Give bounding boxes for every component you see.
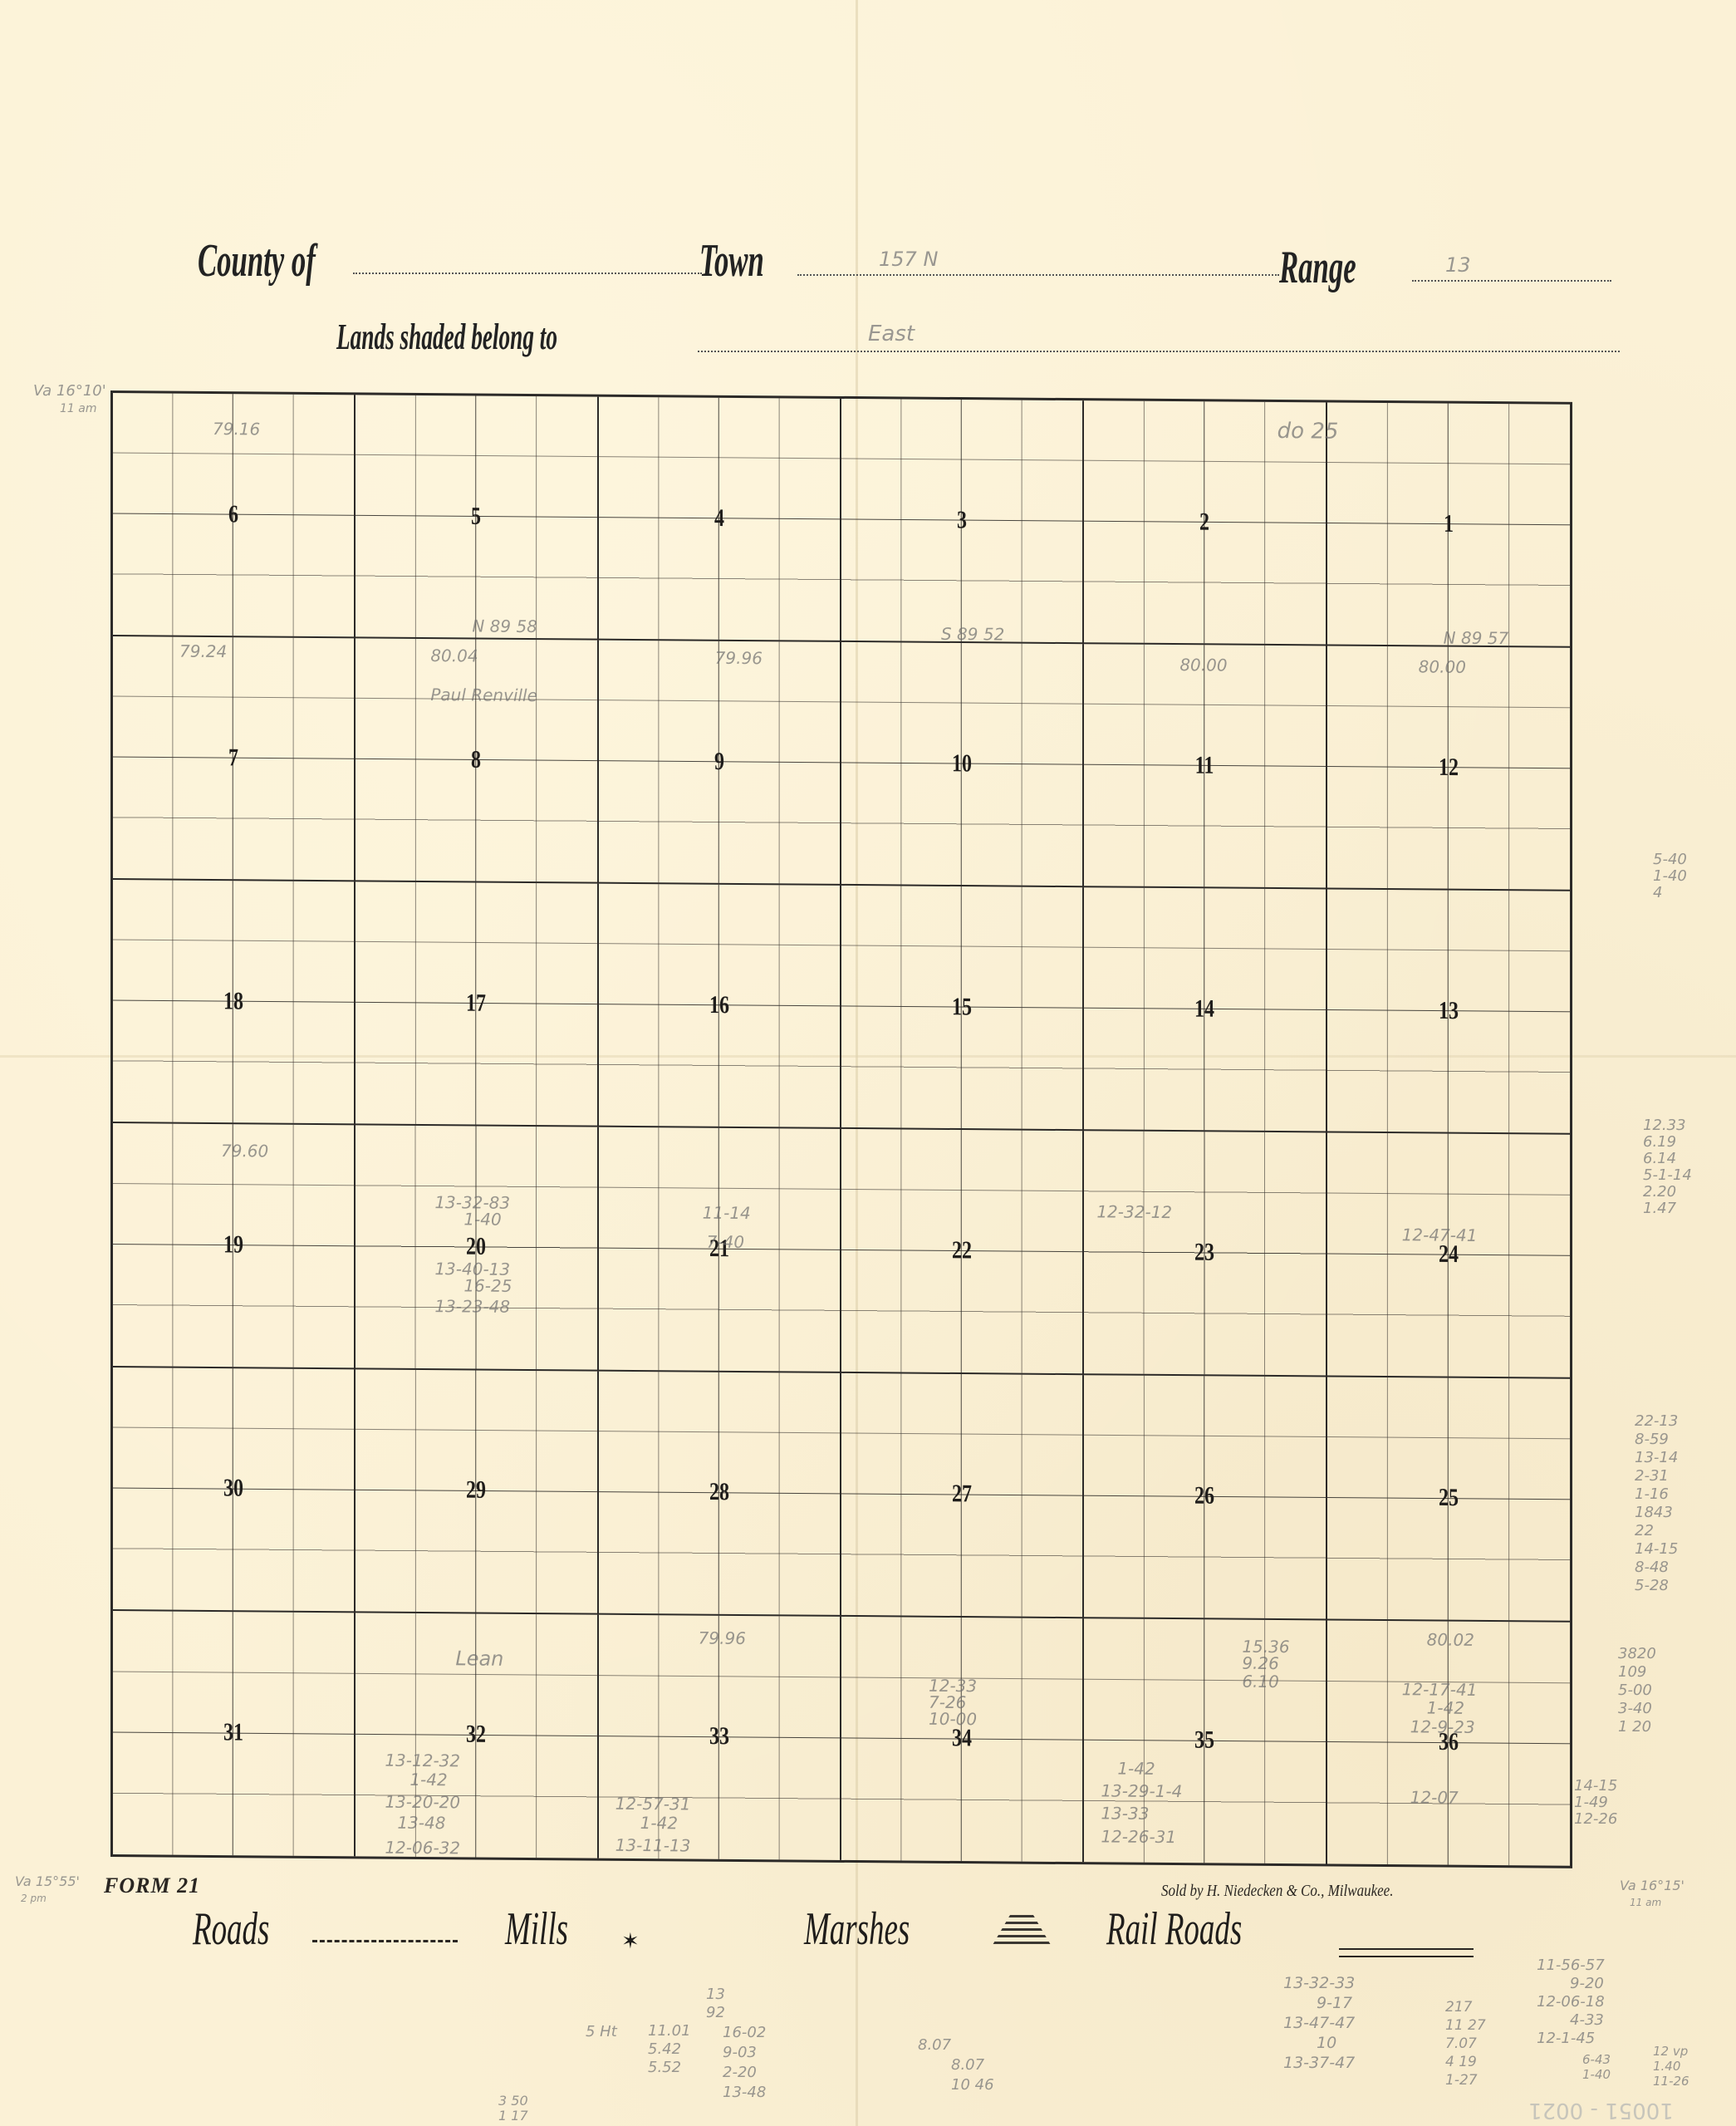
calc-line: 11-56-57 xyxy=(1537,1957,1605,1975)
section-number: 11 xyxy=(1195,751,1214,779)
section-number: 9 xyxy=(714,748,724,776)
calc-line: 13-33 xyxy=(1101,1803,1149,1823)
owner-note: do 25 xyxy=(1277,419,1339,444)
section-35[interactable]: 3515.369.266.101-4213-29-1-413-3312-26-3… xyxy=(1084,1618,1327,1863)
section-6[interactable]: 679.16 xyxy=(113,393,356,638)
calc-line: 13-47-47 xyxy=(1283,2013,1355,2033)
area-note: 79.16 xyxy=(213,419,260,439)
legend-marshes-label: Marshes xyxy=(804,1903,910,1956)
calc-line: 6-43 xyxy=(1582,2052,1611,2067)
calc-line: 5.42 xyxy=(648,2040,725,2059)
calc-line: 12-06-18 xyxy=(1537,1993,1605,2011)
section-13[interactable]: 13 xyxy=(1327,890,1570,1135)
road-symbol-icon xyxy=(312,1940,458,1942)
county-label: County of xyxy=(198,234,316,287)
bottom-calc-7: 12 vp 1.40 11-26 xyxy=(1653,2044,1689,2089)
calc-line: 13-23-48 xyxy=(434,1297,510,1318)
calc-line: 8-59 xyxy=(1635,1431,1678,1449)
section-12[interactable]: 1280.00 xyxy=(1327,646,1570,891)
calc-line: 5-28 xyxy=(1635,1577,1678,1595)
mill-star-icon: ✶ xyxy=(621,1929,640,1954)
calc-line: 1-49 xyxy=(1574,1795,1617,1811)
calc-line: 4-33 xyxy=(1570,2011,1605,2030)
calc-line: 14-15 xyxy=(1635,1540,1678,1559)
section-28[interactable]: 28 xyxy=(599,1371,841,1616)
section-number: 18 xyxy=(223,987,243,1015)
section-number: 5 xyxy=(471,502,481,530)
section-8[interactable]: 880.04Paul Renville xyxy=(356,638,598,883)
calc-line: 1-40 xyxy=(1582,2067,1611,2082)
calc-line: 12-1-45 xyxy=(1537,2030,1605,2048)
calc-line: 11-26 xyxy=(1653,2074,1689,2089)
section-number: 6 xyxy=(228,500,238,528)
section-number: 29 xyxy=(466,1476,486,1505)
section-number: 15 xyxy=(952,993,972,1021)
section-7[interactable]: 779.24 xyxy=(113,636,356,881)
margin-note-bottom-left-time: 2 pm xyxy=(21,1893,47,1904)
calc-line: 3-40 xyxy=(1618,1700,1656,1718)
section-1[interactable]: 1do 25N 89 57 xyxy=(1327,403,1570,648)
calc-line: 14-15 xyxy=(1574,1778,1617,1795)
section-number: 10 xyxy=(952,749,972,778)
county-field[interactable] xyxy=(353,273,702,274)
section-10[interactable]: 10 xyxy=(841,642,1084,887)
section-29[interactable]: 29 xyxy=(356,1369,598,1614)
right-margin-calc-5: 14-15 1-49 12-26 xyxy=(1574,1778,1617,1828)
section-23[interactable]: 2312-32-12 xyxy=(1084,1132,1327,1377)
calc-line: 217 xyxy=(1445,1998,1486,2016)
area-note: 79.24 xyxy=(179,641,227,661)
right-margin-calc-1: 5-40 1-40 4 xyxy=(1653,852,1687,901)
legend-roads-label: Roads xyxy=(193,1903,269,1956)
calc-line: 13-48 xyxy=(397,1813,445,1833)
calc-line: 11-14 xyxy=(703,1203,751,1223)
calc-line: 12.33 xyxy=(1643,1117,1692,1134)
margin-note-top-left-time: 11 am xyxy=(60,402,96,415)
section-number: 2 xyxy=(1199,508,1209,536)
right-margin-calc-2: 12.33 6.19 6.14 5-1-14 2.20 1.47 xyxy=(1643,1117,1692,1217)
section-5[interactable]: 5N 89 58 xyxy=(356,395,598,640)
section-number: 33 xyxy=(709,1722,729,1750)
calc-line: 8-48 xyxy=(1635,1559,1678,1577)
calc-line: 9-17 xyxy=(1317,1993,1355,2013)
calc-line: 3 50 xyxy=(498,2094,528,2109)
calc-line: 1-16 xyxy=(1635,1485,1678,1504)
section-22[interactable]: 22 xyxy=(841,1129,1084,1374)
section-number: 30 xyxy=(223,1475,243,1503)
calc-line: 12-32-12 xyxy=(1096,1202,1172,1223)
section-number: 4 xyxy=(714,504,724,533)
calc-line: 13-12-32 xyxy=(385,1750,460,1770)
section-11[interactable]: 1180.00 xyxy=(1084,644,1327,889)
calc-line: 12-17-41 xyxy=(1402,1679,1478,1700)
calc-line: 12-26-31 xyxy=(1101,1826,1176,1847)
section-number: 20 xyxy=(466,1233,486,1261)
calc-line: 1-42 xyxy=(1427,1697,1464,1717)
calc-line: 22 xyxy=(1635,1522,1678,1540)
section-number: 19 xyxy=(223,1230,243,1259)
calc-line: 13-11-13 xyxy=(615,1835,691,1856)
calc-line: 1843 xyxy=(1635,1504,1678,1522)
range-label: Range xyxy=(1279,241,1356,294)
owner-note: Paul Renville xyxy=(430,685,537,705)
legend-mills-label: Mills xyxy=(505,1903,568,1956)
catalog-stamp: 10051 - 0021 xyxy=(1528,2098,1674,2123)
section-19[interactable]: 1979.60 xyxy=(113,1124,356,1369)
section-number: 13 xyxy=(1439,997,1459,1025)
calc-line: 16-02 xyxy=(723,2023,766,2043)
area-note: 80.02 xyxy=(1427,1629,1474,1649)
calc-line: 22-13 xyxy=(1635,1412,1678,1431)
calc-line: 5-40 xyxy=(1653,852,1687,868)
calc-line: 5-1-14 xyxy=(1643,1167,1692,1184)
calc-line: 12-07 xyxy=(1410,1787,1459,1807)
bearing-note: S 89 52 xyxy=(941,624,1004,645)
calc-line: 12-26 xyxy=(1574,1811,1617,1828)
calc-line: 13-20-20 xyxy=(385,1791,460,1812)
section-number: 3 xyxy=(957,506,967,534)
section-number: 22 xyxy=(952,1236,972,1264)
calc-line: 10-00 xyxy=(929,1709,977,1729)
calc-line: 1-42 xyxy=(640,1813,678,1833)
margin-note-bottom-right-time: 11 am xyxy=(1630,1897,1661,1908)
calc-line: 1-42 xyxy=(409,1770,447,1790)
section-number: 32 xyxy=(466,1721,486,1749)
section-number: 8 xyxy=(471,745,481,773)
calc-line: 1.40 xyxy=(1653,2059,1689,2074)
calc-line: 8.07 xyxy=(951,2055,994,2075)
calc-line: 12-57-31 xyxy=(615,1794,691,1814)
bearing-note: N 89 58 xyxy=(472,616,537,636)
calc-line: 7.07 xyxy=(1445,2035,1486,2053)
calc-line: 9-20 xyxy=(1570,1975,1605,1993)
form-number: FORM 21 xyxy=(104,1873,200,1898)
calc-line: 1.47 xyxy=(1643,1200,1692,1217)
section-26[interactable]: 26 xyxy=(1084,1375,1327,1620)
section-number: 1 xyxy=(1444,510,1454,538)
area-note: 79.60 xyxy=(221,1142,268,1161)
calc-line: 10 xyxy=(1317,2033,1355,2053)
section-27[interactable]: 27 xyxy=(841,1373,1084,1618)
margin-note-bottom-left: Va 15°55' xyxy=(15,1873,80,1889)
section-25[interactable]: 25 xyxy=(1327,1377,1570,1622)
range-value: 13 xyxy=(1445,253,1471,277)
bearing-note: N 89 57 xyxy=(1444,628,1509,649)
calc-line: 13-32-33 xyxy=(1283,1973,1355,1993)
calc-line: 6.10 xyxy=(1242,1672,1279,1691)
section-20[interactable]: 2013-32-831-4013-40-1316-2513-23-48 xyxy=(356,1126,598,1371)
bottom-left-calc: 3 50 1 17 xyxy=(498,2094,528,2124)
calc-line: 5.52 xyxy=(648,2059,725,2077)
section-4[interactable]: 4 xyxy=(599,397,841,642)
section-21[interactable]: 2111-147-40 xyxy=(599,1127,841,1372)
section-31[interactable]: 31 xyxy=(113,1611,356,1856)
bottom-calc-1-label: 5 Ht xyxy=(586,2023,617,2040)
township-grid: 679.16 5N 89 58 4 3S 89 52 2 1do 25N 89 … xyxy=(110,390,1572,1868)
bottom-calc-5: 11-56-57 9-20 12-06-18 4-33 12-1-45 xyxy=(1537,1957,1605,2048)
calc-line: 7-40 xyxy=(707,1232,744,1252)
legend-railroads-label: Rail Roads xyxy=(1106,1903,1242,1956)
town-value: 157 N xyxy=(879,248,938,271)
section-number: 16 xyxy=(709,991,729,1019)
section-32[interactable]: 32Lean13-12-321-4213-20-2013-4812-06-32 xyxy=(356,1613,598,1858)
bottom-calc-1: 13 92 11.01 5.42 5.52 xyxy=(648,1986,725,2077)
calc-line: 1-27 xyxy=(1445,2071,1486,2089)
section-34[interactable]: 3412-337-2610-00 xyxy=(841,1617,1084,1862)
calc-line: 1-42 xyxy=(1117,1758,1155,1778)
calc-line: 3820 xyxy=(1618,1645,1656,1663)
bottom-calc-6: 6-43 1-40 xyxy=(1582,2052,1611,2082)
bottom-calc-3: 13-32-33 9-17 13-47-47 10 13-37-47 xyxy=(1283,1973,1355,2073)
section-number: 35 xyxy=(1194,1726,1214,1755)
calc-line: 1 17 xyxy=(498,2109,528,2124)
section-30[interactable]: 30 xyxy=(113,1367,356,1613)
section-number: 28 xyxy=(709,1478,729,1506)
calc-line: 6.14 xyxy=(1643,1151,1692,1167)
section-3[interactable]: 3S 89 52 xyxy=(841,399,1084,644)
calc-line: 1-40 xyxy=(1653,868,1687,885)
bottom-calc-1b: 16-02 9-03 2-20 13-48 xyxy=(723,2023,766,2103)
lands-shaded-label: Lands shaded belong to xyxy=(336,316,557,358)
bottom-calc-4: 217 11 27 7.07 4 19 1-27 xyxy=(1445,1998,1486,2089)
calc-line: 9.26 xyxy=(1242,1653,1279,1673)
calc-line: 2-20 xyxy=(723,2063,766,2083)
area-note: 79.96 xyxy=(715,648,763,668)
railroad-symbol-icon xyxy=(1339,1948,1474,1957)
section-15[interactable]: 15 xyxy=(841,886,1084,1131)
section-33[interactable]: 3379.9612-57-311-4213-11-13 xyxy=(599,1614,841,1859)
calc-line: 16-25 xyxy=(463,1276,512,1296)
section-number: 23 xyxy=(1194,1239,1214,1267)
section-16[interactable]: 16 xyxy=(599,884,841,1129)
right-margin-calc-4: 3820 109 5-00 3-40 1 20 xyxy=(1618,1645,1656,1736)
publisher-imprint: Sold by H. Niedecken & Co., Milwaukee. xyxy=(1161,1882,1393,1901)
section-number: 25 xyxy=(1439,1484,1459,1512)
section-number: 27 xyxy=(952,1480,972,1509)
lands-owner-value: East xyxy=(868,322,915,346)
margin-note-top-left: Va 16°10' xyxy=(33,382,106,400)
section-number: 31 xyxy=(223,1719,243,1747)
calc-line: 10 46 xyxy=(951,2075,994,2095)
owner-note: Lean xyxy=(455,1647,503,1670)
section-14[interactable]: 14 xyxy=(1084,888,1327,1133)
bottom-calc-2: 8.07 8.07 10 46 xyxy=(918,2035,994,2095)
calc-line: 4 19 xyxy=(1445,2053,1486,2071)
section-18[interactable]: 18 xyxy=(113,880,356,1125)
lands-owner-field[interactable] xyxy=(698,351,1620,352)
calc-line: 5-00 xyxy=(1618,1682,1656,1700)
section-number: 12 xyxy=(1439,754,1459,782)
calc-line: 12-47-41 xyxy=(1402,1225,1478,1246)
town-label: Town xyxy=(699,234,764,287)
calc-line: 13-29-1-4 xyxy=(1101,1780,1182,1801)
area-note: 80.04 xyxy=(430,646,478,665)
calc-line: 13-48 xyxy=(723,2083,766,2103)
calc-line: 9-03 xyxy=(723,2043,766,2063)
area-note: 79.96 xyxy=(699,1628,746,1647)
calc-line: 109 xyxy=(1618,1663,1656,1682)
section-number: 26 xyxy=(1194,1482,1214,1510)
calc-line: 13-14 xyxy=(1635,1449,1678,1467)
section-number: 7 xyxy=(228,744,238,772)
calc-line: 92 xyxy=(706,2004,725,2022)
town-field[interactable] xyxy=(797,274,1279,276)
right-margin-calc-3: 22-13 8-59 13-14 2-31 1-16 1843 22 14-15… xyxy=(1635,1412,1678,1595)
calc-line: 11.01 xyxy=(648,2022,725,2040)
calc-line: 1-40 xyxy=(463,1210,501,1230)
calc-line: 2-31 xyxy=(1635,1467,1678,1485)
section-number: 17 xyxy=(466,989,486,1018)
calc-line: 6.19 xyxy=(1643,1134,1692,1151)
calc-line: 2.20 xyxy=(1643,1184,1692,1200)
calc-line: 11 27 xyxy=(1445,2016,1486,2035)
range-field[interactable] xyxy=(1412,280,1611,282)
area-note: 80.00 xyxy=(1179,655,1227,675)
margin-note-bottom-right: Va 16°15' xyxy=(1620,1878,1685,1893)
section-24[interactable]: 2412-47-41 xyxy=(1327,1133,1570,1378)
calc-line: 12 vp xyxy=(1653,2044,1689,2059)
calc-line: 1 20 xyxy=(1618,1718,1656,1736)
area-note: 80.00 xyxy=(1419,657,1466,677)
calc-line: 13 xyxy=(706,1986,725,2004)
section-number: 14 xyxy=(1194,994,1214,1023)
calc-line: 4 xyxy=(1653,885,1687,901)
section-17[interactable]: 17 xyxy=(356,882,598,1127)
section-9[interactable]: 979.96 xyxy=(599,641,841,886)
calc-line: 13-37-47 xyxy=(1283,2053,1355,2073)
calc-line: 8.07 xyxy=(918,2035,994,2055)
section-36[interactable]: 3680.0212-17-411-4212-9-2312-07 xyxy=(1327,1620,1570,1865)
calc-line: 12-9-23 xyxy=(1410,1716,1475,1737)
calc-line: 12-06-32 xyxy=(385,1837,460,1858)
